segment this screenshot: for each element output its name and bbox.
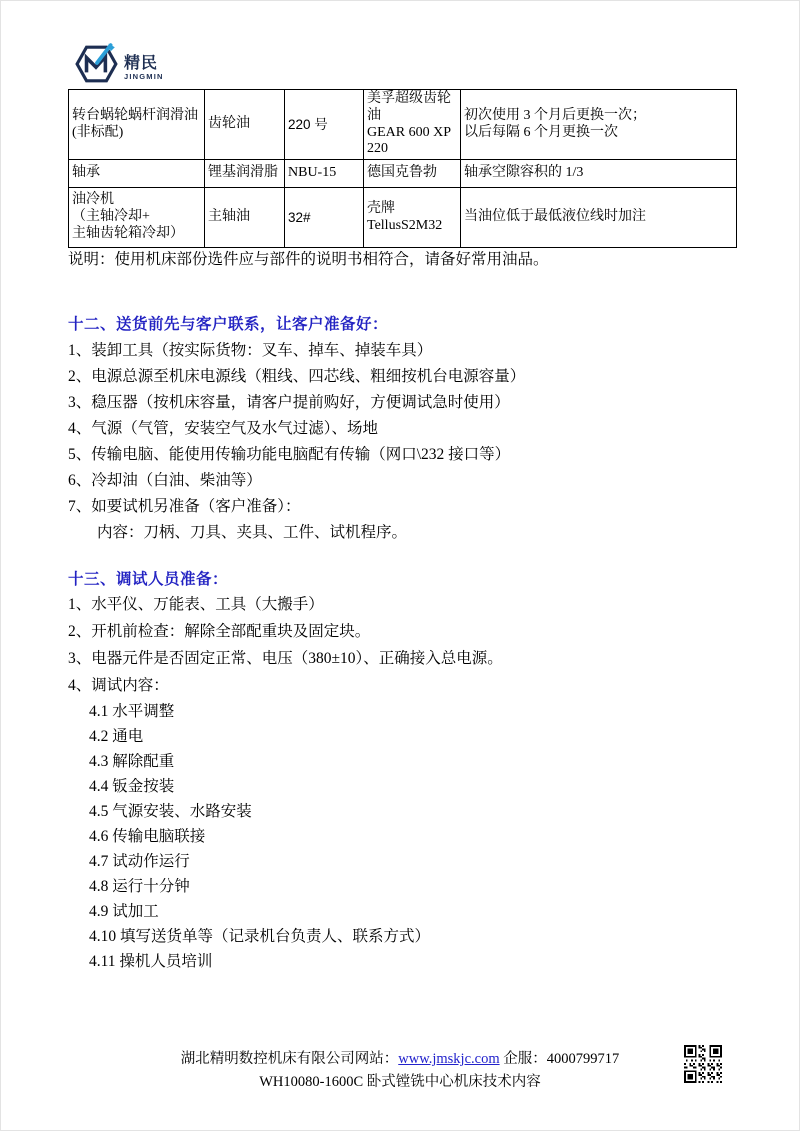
lubrication-spec-table: 转台蜗轮蜗杆润滑油(非标配) 齿轮油 220 号 美孚超级齿轮油 GEAR 60… [68, 89, 737, 248]
cell-brand: 美孚超级齿轮油 GEAR 600 XP 220 [364, 90, 461, 160]
document-page: 精民 JINGMIN 转台蜗轮蜗杆润滑油(非标配) 齿轮油 220 号 美孚超级… [0, 0, 800, 1131]
list-item: 3、电器元件是否固定正常、电压（380±10）、正确接入总电源。 [68, 646, 758, 673]
company-logo: 精民 JINGMIN [75, 43, 164, 90]
cell-grade: 220 号 [285, 90, 364, 160]
list-sub-item: 4.9 试加工 [89, 899, 689, 924]
section-13-heading: 十三、调试人员准备： [68, 567, 228, 589]
footer-doc-title: WH10080-1600C 卧式镗铣中心机床技术内容 [1, 1070, 799, 1091]
cell-instruction: 初次使用 3 个月后更换一次； 以后每隔 6 个月更换一次 [461, 90, 737, 160]
table-note: 说明：使用机床部份选件应与部件的说明书相符合，请备好常用油品。 [68, 247, 549, 269]
footer-company-line: 湖北精明数控机床有限公司网站：www.jmskjc.com 企服：4000799… [1, 1047, 799, 1068]
section-13-list: 1、水平仪、万能表、工具（大搬手） 2、开机前检查：解除全部配重块及固定块。 3… [68, 592, 758, 700]
cell-part: 油冷机 （主轴冷却+ 主轴齿轮箱冷却） [69, 188, 205, 248]
table-row: 油冷机 （主轴冷却+ 主轴齿轮箱冷却） 主轴油 32# 壳牌 TellusS2M… [69, 188, 737, 248]
table-row: 转台蜗轮蜗杆润滑油(非标配) 齿轮油 220 号 美孚超级齿轮油 GEAR 60… [69, 90, 737, 160]
cell-grade: 32# [285, 188, 364, 248]
cell-grade: NBU-15 [285, 160, 364, 188]
list-item: 3、稳压器（按机床容量，请客户提前购好，方便调试急时使用） [68, 390, 758, 416]
list-sub-item: 4.6 传输电脑联接 [89, 824, 689, 849]
list-sub-item: 4.11 操机人员培训 [89, 949, 689, 974]
list-item: 2、电源总源至机床电源线（粗线、四芯线、粗细按机台电源容量） [68, 364, 758, 390]
section-13-sublist: 4.1 水平调整 4.2 通电 4.3 解除配重 4.4 钣金按装 4.5 气源… [89, 699, 689, 974]
list-item: 4、调试内容： [68, 673, 758, 700]
list-sub-item: 4.3 解除配重 [89, 749, 689, 774]
cell-oil-type: 齿轮油 [205, 90, 285, 160]
section-12-heading: 十二、送货前先与客户联系，让客户准备好： [68, 312, 388, 334]
list-sub-item: 4.5 气源安装、水路安装 [89, 799, 689, 824]
list-sub-item: 内容：刀柄、刀具、夹具、工件、试机程序。 [68, 520, 758, 546]
footer-company-text: 湖北精明数控机床有限公司网站： [181, 1051, 399, 1067]
cell-part: 轴承 [69, 160, 205, 188]
cell-oil-type: 锂基润滑脂 [205, 160, 285, 188]
logo-wordmark: 精民 JINGMIN [124, 56, 164, 81]
jingmin-hexagon-logo-icon [75, 43, 119, 90]
list-sub-item: 4.2 通电 [89, 724, 689, 749]
table-row: 轴承 锂基润滑脂 NBU-15 德国克鲁勃 轴承空隙容积的 1/3 [69, 160, 737, 188]
cell-instruction: 轴承空隙容积的 1/3 [461, 160, 737, 188]
list-sub-item: 4.10 填写送货单等（记录机台负责人、联系方式） [89, 924, 689, 949]
cell-brand: 壳牌 TellusS2M32 [364, 188, 461, 248]
list-item: 1、水平仪、万能表、工具（大搬手） [68, 592, 758, 619]
list-item: 1、装卸工具（按实际货物：叉车、掉车、掉装车具） [68, 338, 758, 364]
brand-name-cn: 精民 [124, 56, 164, 72]
footer-service-label: 企服：4000799717 [503, 1051, 619, 1067]
section-12-list: 1、装卸工具（按实际货物：叉车、掉车、掉装车具） 2、电源总源至机床电源线（粗线… [68, 338, 758, 546]
list-sub-item: 4.7 试动作运行 [89, 849, 689, 874]
cell-part: 转台蜗轮蜗杆润滑油(非标配) [69, 90, 205, 160]
list-item: 2、开机前检查：解除全部配重块及固定块。 [68, 619, 758, 646]
qr-code [684, 1045, 722, 1083]
list-sub-item: 4.4 钣金按装 [89, 774, 689, 799]
cell-brand: 德国克鲁勃 [364, 160, 461, 188]
cell-instruction: 当油位低于最低液位线时加注 [461, 188, 737, 248]
list-item: 6、冷却油（白油、柴油等） [68, 468, 758, 494]
list-sub-item: 4.1 水平调整 [89, 699, 689, 724]
list-item: 5、传输电脑、能使用传输功能电脑配有传输（网口\232 接口等） [68, 442, 758, 468]
cell-oil-type: 主轴油 [205, 188, 285, 248]
list-item: 4、气源（气管，安装空气及水气过滤）、场地 [68, 416, 758, 442]
list-item: 7、如要试机另准备（客户准备）： [68, 494, 758, 520]
brand-name-en: JINGMIN [124, 73, 164, 81]
website-link[interactable]: www.jmskjc.com [398, 1051, 499, 1067]
list-sub-item: 4.8 运行十分钟 [89, 874, 689, 899]
